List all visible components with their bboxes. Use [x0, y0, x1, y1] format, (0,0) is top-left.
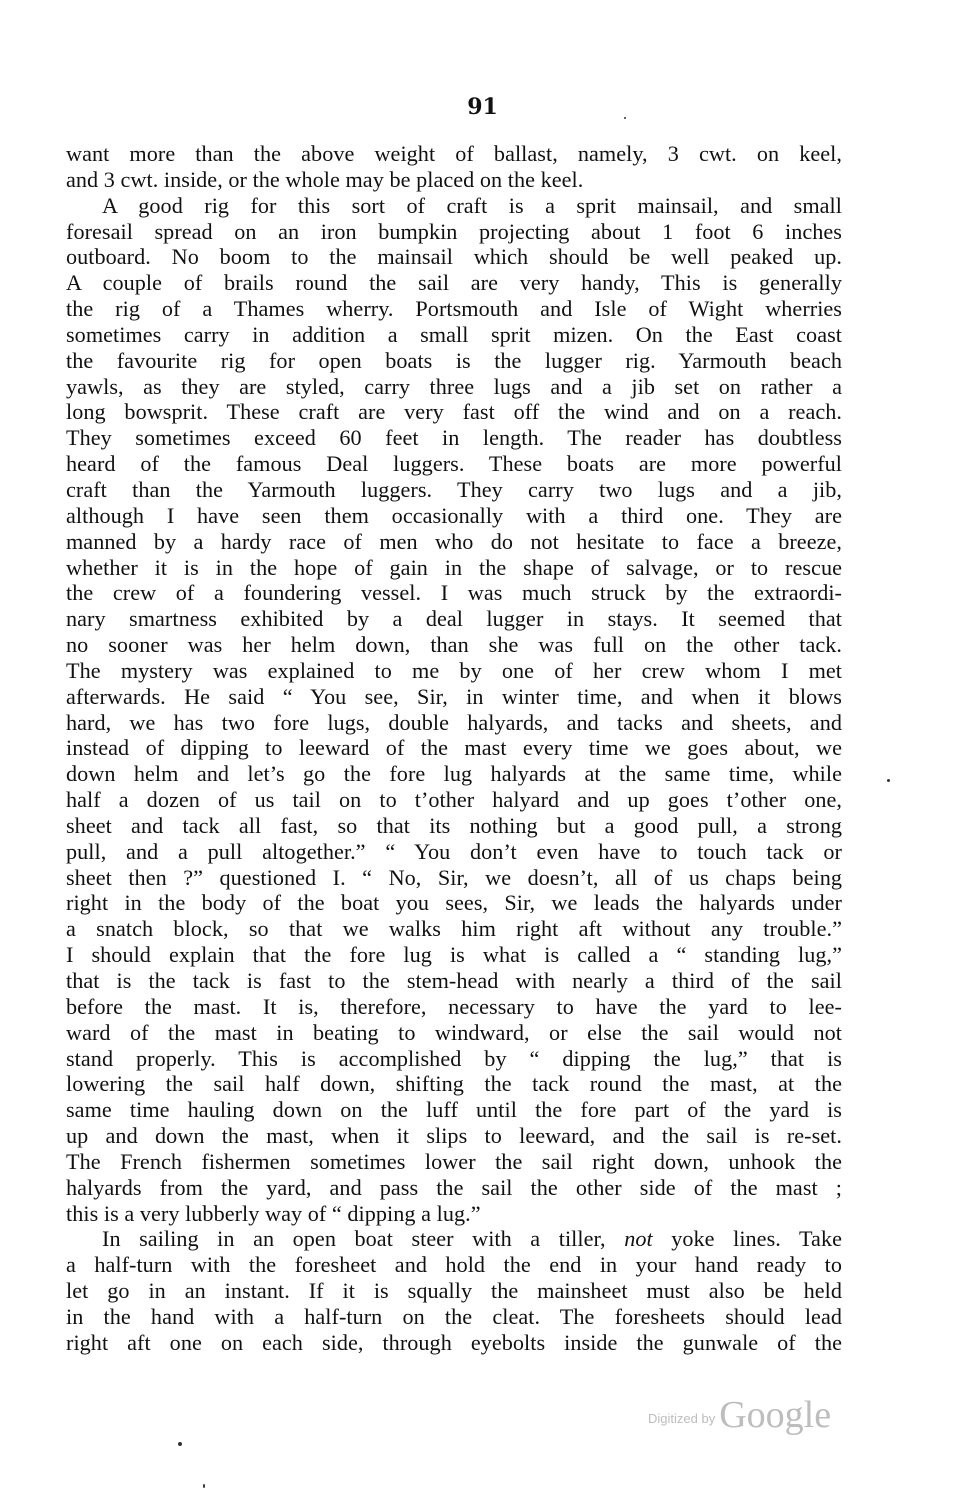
- text-line: and 3 cwt. inside, or the whole may be p…: [66, 167, 842, 193]
- body-text: want more than the above weight of balla…: [66, 141, 842, 1356]
- text-line: this is a very lubberly way of “ dipping…: [66, 1201, 842, 1227]
- scan-speck: [887, 779, 890, 782]
- watermark-prefix: Digitized by: [648, 1411, 715, 1426]
- text-line: heard of the famous Deal luggers. These …: [66, 451, 842, 477]
- text-line: up and down the mast, when it slips to l…: [66, 1123, 842, 1149]
- text-line: stand properly. This is accomplished by …: [66, 1046, 842, 1072]
- text-line: the favourite rig for open boats is the …: [66, 348, 842, 374]
- text-line: A good rig for this sort of craft is a s…: [66, 193, 842, 219]
- text-line: whether it is in the hope of gain in the…: [66, 555, 842, 581]
- text-line: sometimes carry in addition a small spri…: [66, 322, 842, 348]
- text-line: nary smartness exhibited by a deal lugge…: [66, 606, 842, 632]
- text-line: afterwards. He said “ You see, Sir, in w…: [66, 684, 842, 710]
- text-line: The French fishermen sometimes lower the…: [66, 1149, 842, 1175]
- text-line: want more than the above weight of balla…: [66, 141, 842, 167]
- text-line: half a dozen of us tail on to t’other ha…: [66, 787, 842, 813]
- text-line: I should explain that the fore lug is wh…: [66, 942, 842, 968]
- text-line: A couple of brails round the sail are ve…: [66, 270, 842, 296]
- text-line: a half-turn with the foresheet and hold …: [66, 1252, 842, 1278]
- text-line: sheet then ?” questioned I. “ No, Sir, w…: [66, 865, 842, 891]
- text-line: manned by a hardy race of men who do not…: [66, 529, 842, 555]
- text-line: The mystery was explained to me by one o…: [66, 658, 842, 684]
- text-line: the rig of a Thames wherry. Portsmouth a…: [66, 296, 842, 322]
- text-line: halyards from the yard, and pass the sai…: [66, 1175, 842, 1201]
- text-line: outboard. No boom to the mainsail which …: [66, 244, 842, 270]
- scan-speck: [624, 117, 626, 119]
- text-line: a snatch block, so that we walks him rig…: [66, 916, 842, 942]
- text-line: same time hauling down on the luff until…: [66, 1097, 842, 1123]
- text-line: They sometimes exceed 60 feet in length.…: [66, 425, 842, 451]
- watermark-brand: Google: [719, 1394, 831, 1436]
- scan-speck: [203, 1484, 205, 1488]
- text-line: before the mast. It is, therefore, neces…: [66, 994, 842, 1020]
- text-line: no sooner was her helm down, than she wa…: [66, 632, 842, 658]
- text-line: In sailing in an open boat steer with a …: [66, 1226, 842, 1252]
- text-line: right aft one on each side, through eyeb…: [66, 1330, 842, 1356]
- text-line: hard, we has two fore lugs, double halya…: [66, 710, 842, 736]
- text-line: let go in an instant. If it is squally t…: [66, 1278, 842, 1304]
- scan-speck: [178, 1442, 182, 1446]
- text-line: the crew of a foundering vessel. I was m…: [66, 580, 842, 606]
- text-line: long bowsprit. These craft are very fast…: [66, 399, 842, 425]
- text-line: down helm and let’s go the fore lug haly…: [66, 761, 842, 787]
- text-line: in the hand with a half-turn on the clea…: [66, 1304, 842, 1330]
- text-line: yawls, as they are styled, carry three l…: [66, 374, 842, 400]
- page-number: 91: [0, 94, 965, 120]
- text-line: ward of the mast in beating to windward,…: [66, 1020, 842, 1046]
- text-line: right in the body of the boat you sees, …: [66, 890, 842, 916]
- text-line: lowering the sail half down, shifting th…: [66, 1071, 842, 1097]
- text-line: sheet and tack all fast, so that its not…: [66, 813, 842, 839]
- digitized-by-google-watermark: Digitized by Google: [648, 1393, 831, 1437]
- text-line: foresail spread on an iron bumpkin proje…: [66, 219, 842, 245]
- text-line: that is the tack is fast to the stem-hea…: [66, 968, 842, 994]
- text-line: craft than the Yarmouth luggers. They ca…: [66, 477, 842, 503]
- text-line: although I have seen them occasionally w…: [66, 503, 842, 529]
- text-line: instead of dipping to leeward of the mas…: [66, 735, 842, 761]
- text-line: pull, and a pull altogether.” “ You don’…: [66, 839, 842, 865]
